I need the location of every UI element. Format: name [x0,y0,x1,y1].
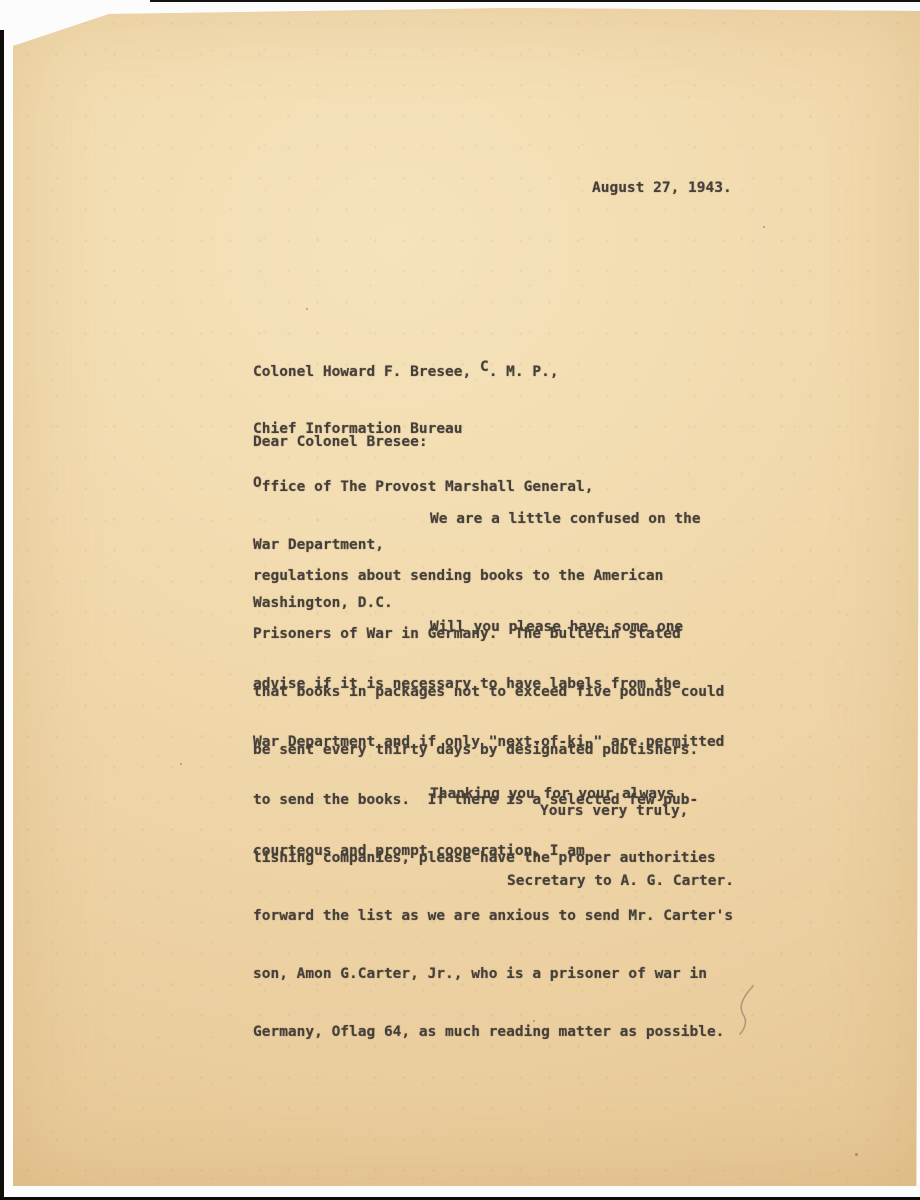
paper-speck [180,763,182,765]
body-line: advise if it is necessary to have labels… [253,675,733,694]
body-line: Thanking you for your always [253,785,674,804]
signature-line: Secretary to A. G. Carter. [507,872,734,891]
letter-date: August 27, 1943. [592,179,732,198]
text-run: Colonel Howard F. Bresee, [253,364,480,380]
salutation: Dear Colonel Bresee: [253,433,428,452]
paper-speck [855,1153,858,1156]
scan-edge-left [0,30,4,1200]
paper-speck [763,226,765,228]
body-line: forward the list as we are anxious to se… [253,907,733,926]
pencil-mark [735,983,765,1038]
body-line: Germany, Oflag 64, as much reading matte… [253,1023,733,1042]
paper-speck [306,308,308,310]
letter-paper: August 27, 1943. Colonel Howard F. Brese… [13,8,920,1186]
text-run-raised: C [480,359,489,375]
paper-speck [533,1020,535,1022]
text-run: . M. P., [489,364,559,380]
body-line: Will you please have some one [253,618,733,637]
body-line: courteous and prompt cooperation, I am [253,842,674,861]
body-line: son, Amon G.Carter, Jr., who is a prison… [253,965,733,984]
body-line: We are a little confused on the [253,510,724,529]
recipient-line: Colonel Howard F. Bresee, C. M. P., [253,363,593,382]
complimentary-closing: Yours very truly, [540,802,688,821]
scan-edge-top [150,0,920,2]
